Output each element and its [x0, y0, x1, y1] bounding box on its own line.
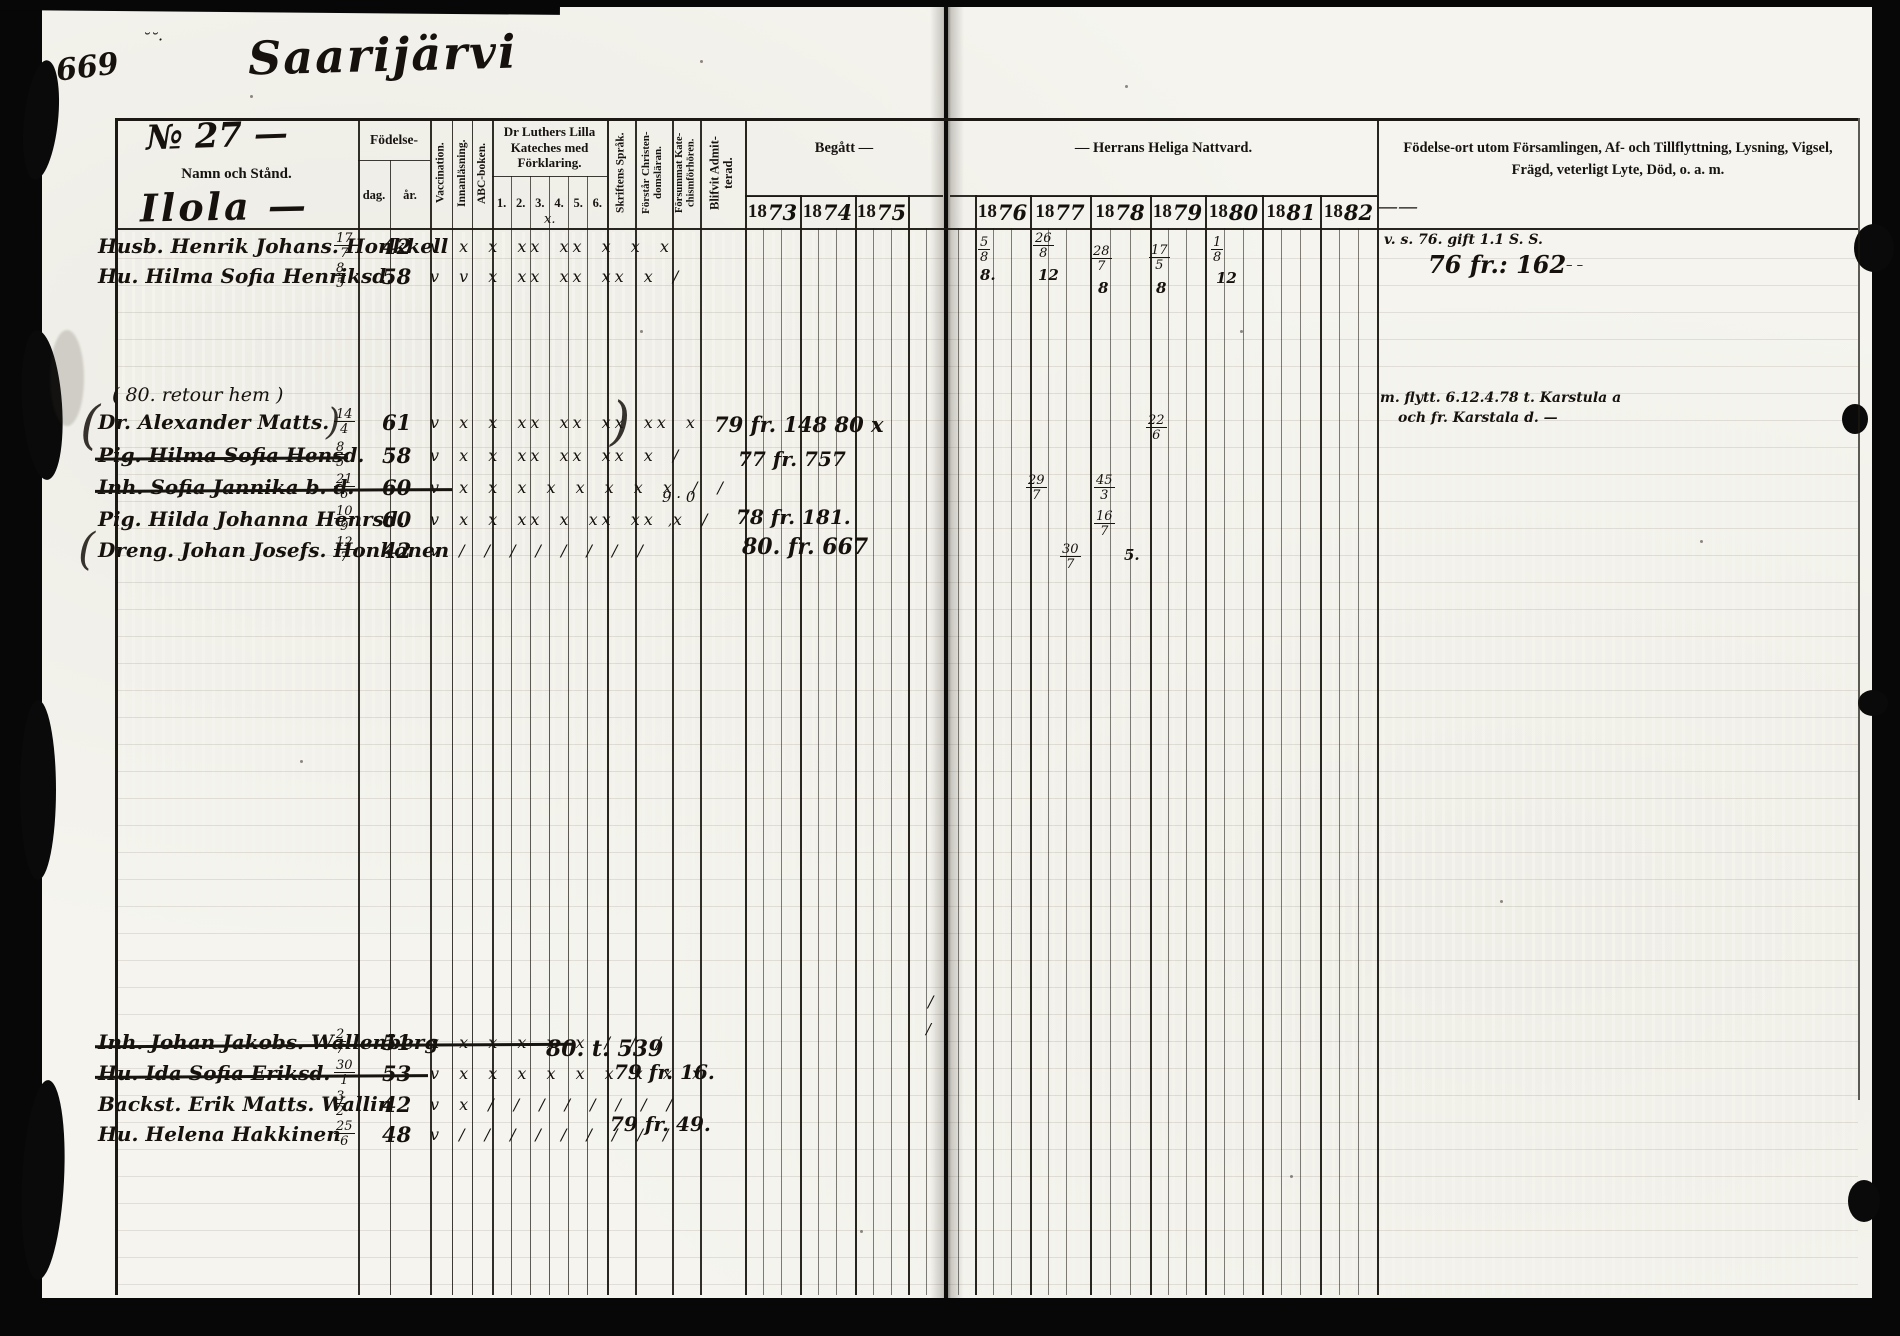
communion-date-mark: 307 — [1060, 543, 1081, 571]
communion-date-mark: 12 — [1216, 269, 1237, 287]
fraction-numerator: 1 — [1211, 236, 1223, 250]
fraction-numerator: 28 — [1091, 245, 1112, 259]
understands-christianity-column-header: Förstår Christen- domsläran. — [634, 120, 672, 226]
paper-speck — [300, 760, 303, 763]
notes-column-header-line1: Födelse-ort utom Församlingen, Af- och T… — [1382, 140, 1854, 157]
grid-vline — [452, 118, 453, 1295]
margin-annotation: 80. t. 539 — [546, 1036, 663, 1062]
year-handwritten-digits: 81 — [1286, 200, 1315, 225]
scan-edge-bottom — [0, 1298, 1900, 1336]
row-birth-day: 85 — [334, 441, 346, 469]
margin-annotation: 77 fr. 757 — [738, 447, 846, 471]
row-name: Dr. Alexander Matts. — [98, 410, 329, 434]
catechism-col-number: 6. — [588, 196, 607, 211]
grid-vline — [1281, 228, 1282, 1295]
catechism-col-number: 3. — [530, 196, 549, 211]
communion-date-mark: 12 — [1038, 266, 1059, 284]
year-handwritten-digits: 75 — [877, 200, 906, 225]
communion-date-mark: 175 — [1149, 244, 1170, 272]
communion-date-mark: 8 — [1156, 279, 1166, 297]
notes-column-header-line2: Frägd, veterligt Lyte, Död, o. a. m. — [1382, 162, 1854, 179]
missed-catechism-column-header: Försummat Kate- chismförhören. — [671, 120, 700, 226]
year-handwritten-digits: 77 — [1055, 200, 1084, 225]
year-header: 1875 — [855, 196, 908, 227]
fraction-denominator: 4 — [340, 422, 348, 436]
grid-vline — [1090, 195, 1092, 1295]
fraction-numerator: 12 — [334, 536, 355, 550]
fraction-denominator: 7 — [1097, 259, 1105, 273]
paper-smudge — [50, 330, 84, 426]
year-header: 1879 — [1150, 196, 1205, 227]
row-birth-year: 58 — [382, 443, 411, 468]
paper-speck — [1290, 1175, 1293, 1178]
grid-vline — [1377, 118, 1379, 1295]
fraction-denominator: 7 — [340, 246, 348, 260]
fraction-numerator: 10 — [334, 505, 355, 519]
grid-vline — [1030, 195, 1032, 1295]
margin-annotation: 79 fr. 49. — [610, 1112, 711, 1136]
fraction-numerator: 8 — [334, 262, 346, 276]
paper-speck — [1500, 900, 1503, 903]
year-handwritten-digits: 76 — [998, 200, 1027, 225]
communion-date-mark: 226 — [1146, 414, 1167, 442]
margin-annotation: 79 fr. 16. — [614, 1060, 715, 1084]
birth-day-header: dag. — [358, 188, 390, 203]
paper-speck — [640, 330, 643, 333]
communion-date-mark: 5. — [1124, 546, 1140, 564]
grid-vline — [908, 195, 910, 1295]
year-printed-prefix: 18 — [1035, 201, 1054, 223]
grid-vline — [855, 195, 857, 1295]
misc-mark: ˘˘· — [142, 30, 163, 49]
communion-date-mark: 167 — [1094, 510, 1115, 538]
grid-vline — [607, 118, 609, 1295]
catechism-col-number: 1. — [492, 196, 511, 211]
misc-mark: – – — [1566, 258, 1583, 273]
communion-date-mark: 297 — [1026, 474, 1047, 502]
year-printed-prefix: 18 — [1266, 201, 1285, 223]
fraction-denominator: 7 — [1066, 557, 1074, 571]
fraction-numerator: 17 — [334, 232, 355, 246]
vaccination-column-header: Vaccination. — [429, 120, 452, 226]
year-handwritten-digits: 82 — [1344, 200, 1373, 225]
row-marks: v x x xx xx xx x / — [430, 446, 682, 465]
year-handwritten-digits: 80 — [1229, 200, 1258, 225]
row-birth-day: 301 — [334, 1059, 355, 1087]
grid-vline — [1130, 228, 1131, 1295]
grid-vline — [1243, 228, 1244, 1295]
catechism-col-number: 5. — [569, 196, 588, 211]
misc-mark: / — [928, 992, 933, 1011]
year-header: 1873 — [745, 196, 800, 227]
row-marks: v x x xx xx x x x — [430, 237, 673, 256]
year-header: 1874 — [800, 196, 855, 227]
village-name: Ilola — — [140, 183, 310, 231]
row-name: Hu. Hilma Sofia Henriksd. — [98, 264, 393, 288]
grid-vline — [975, 195, 977, 1295]
fraction-denominator: 6 — [340, 1134, 348, 1148]
grid-vline — [836, 228, 837, 1295]
year-header: 1878 — [1090, 196, 1150, 227]
abc-book-column-header: ABC-boken. — [472, 120, 492, 226]
grid-vline — [1224, 228, 1225, 1295]
year-printed-prefix: 18 — [1324, 201, 1343, 223]
margin-annotation: m. flytt. 6.12.4.78 t. Karstula a — [1380, 390, 1621, 406]
row-birth-day: 177 — [334, 232, 355, 260]
fraction-denominator: 5 — [1155, 258, 1163, 272]
paper-speck — [1700, 540, 1703, 543]
row-birth-day: 127 — [334, 536, 355, 564]
grid-vline — [358, 118, 360, 1295]
row-name: Pig. Hilma Sofia Hensd. — [98, 443, 364, 467]
year-printed-prefix: 18 — [748, 201, 767, 223]
ink-blot-right — [1842, 404, 1868, 434]
year-handwritten-digits: 79 — [1173, 200, 1202, 225]
paper-speck — [1125, 85, 1128, 88]
grid-vline — [800, 195, 802, 1295]
grid-vline — [430, 118, 432, 1295]
row-birth-day: 109 — [334, 505, 355, 533]
margin-annotation: 76 fr.: 162 — [1428, 250, 1566, 279]
grid-vline — [1858, 118, 1860, 1100]
fraction-denominator: 9 — [340, 519, 348, 533]
fraction-numerator: 5 — [978, 236, 990, 250]
year-header: 1877 — [1030, 196, 1090, 227]
communion-date-mark: 453 — [1094, 474, 1115, 502]
grid-vline — [1186, 228, 1187, 1295]
grid-vline — [1300, 228, 1301, 1295]
paren-mark: ( — [80, 396, 100, 456]
misc-mark: / — [926, 1020, 931, 1038]
row-birth-year: 42 — [382, 234, 411, 259]
fraction-numerator: 17 — [1149, 244, 1170, 258]
year-printed-prefix: 18 — [978, 201, 997, 223]
grid-vline — [1011, 228, 1012, 1295]
scripture-language-column-header: Skriftens Språk. — [606, 120, 635, 226]
margin-annotation: 80. fr. 667 — [742, 534, 868, 560]
fraction-numerator: 21 — [334, 473, 355, 487]
grid-vline — [926, 228, 927, 1295]
birth-year-header: år. — [390, 188, 430, 203]
year-header: 1880 — [1205, 196, 1262, 227]
row-marks: v / / / / / / / / — [430, 541, 647, 560]
fraction-numerator: 26 — [1033, 232, 1054, 246]
row-birth-year: 48 — [382, 1122, 411, 1147]
grid-hline — [115, 228, 1858, 230]
communion-date-mark: 58 — [978, 236, 990, 264]
grid-vline — [1066, 228, 1067, 1295]
fraction-numerator: 3 — [334, 1090, 346, 1104]
row-birth-day: 216 — [334, 473, 355, 501]
grid-vline — [1168, 228, 1169, 1295]
grid-vline — [1339, 228, 1340, 1295]
fraction-numerator: 2 — [334, 1028, 346, 1042]
fraction-denominator: 3 — [1100, 488, 1108, 502]
grid-vline — [958, 228, 959, 1295]
grid-vline — [763, 228, 764, 1295]
fraction-numerator: 30 — [1060, 543, 1081, 557]
catechism-col-number: 2. — [511, 196, 530, 211]
year-printed-prefix: 18 — [1153, 201, 1172, 223]
row-birth-year: 60 — [382, 507, 411, 532]
year-handwritten-digits: 73 — [768, 200, 797, 225]
ink-smudge — [20, 700, 56, 880]
fraction-numerator: 30 — [334, 1059, 355, 1073]
group-note: ( 80. retour hem ) — [112, 384, 283, 406]
margin-annotation: och fr. Karstala d. — — [1398, 410, 1558, 426]
name-column-header: Namn och Stånd. — [115, 166, 358, 183]
misc-mark: 9 · 0 — [662, 488, 695, 506]
grid-vline — [781, 228, 782, 1295]
year-printed-prefix: 18 — [803, 201, 822, 223]
fraction-numerator: 22 — [1146, 414, 1167, 428]
row-birth-year: 42 — [382, 538, 411, 563]
grid-hline — [115, 118, 1858, 121]
grid-vline — [1048, 228, 1049, 1295]
paper-speck — [250, 95, 253, 98]
margin-annotation: 78 fr. 181. — [736, 505, 851, 529]
misc-mark: —— — [1378, 194, 1418, 218]
row-name: Inh. Sofia Jannika b. d. — [98, 475, 354, 499]
fraction-denominator: 8 — [1213, 250, 1221, 264]
grid-hline — [492, 176, 607, 177]
paper-speck — [700, 60, 703, 63]
birth-column-header: Födelse- — [358, 132, 430, 148]
fraction-numerator: 45 — [1094, 474, 1115, 488]
ink-blot-right — [1854, 224, 1894, 272]
year-printed-prefix: 18 — [1095, 201, 1114, 223]
fraction-numerator: 16 — [1094, 510, 1115, 524]
communion-date-mark: 287 — [1091, 245, 1112, 273]
fraction-denominator: 5 — [336, 276, 344, 290]
communion-left-header: Begått — — [745, 140, 943, 157]
grid-vline — [873, 228, 874, 1295]
row-name: Pig. Hilda Johanna Henrsd. — [98, 507, 405, 531]
book-fold-line — [944, 6, 948, 1300]
year-header: 1882 — [1320, 196, 1377, 227]
year-header: 1881 — [1262, 196, 1320, 227]
row-marks: v x x xx xx xx xx x — [430, 413, 699, 432]
ink-blot-right — [1858, 690, 1888, 716]
communion-date-mark: 8. — [980, 266, 996, 284]
page-title: Saarijärvi — [247, 24, 518, 85]
year-handwritten-digits: 74 — [823, 200, 852, 225]
communion-right-header: — Herrans Heliga Nattvard. — [950, 140, 1377, 157]
catechism-column-header: Dr Luthers Lilla Kateches med Förklaring… — [494, 124, 605, 171]
communion-date-mark: 18 — [1211, 236, 1223, 264]
catechism-col-number: 4. — [550, 196, 569, 211]
row-birth-year: 61 — [382, 410, 411, 435]
fraction-denominator: 2 — [336, 1104, 344, 1118]
margin-annotation: 79 fr. 148 80 x — [714, 412, 884, 437]
admitted-column-header: Blifvit Admit- terad. — [699, 120, 745, 226]
fraction-denominator: 6 — [1152, 428, 1160, 442]
row-birth-day: 85 — [334, 262, 346, 290]
paper-speck — [1240, 330, 1243, 333]
fraction-numerator: 25 — [334, 1120, 355, 1134]
year-printed-prefix: 18 — [857, 201, 876, 223]
grid-vline — [1358, 228, 1359, 1295]
scan-edge-right — [1872, 0, 1900, 1336]
grid-vline — [745, 118, 747, 1295]
ink-blot-right — [1848, 1180, 1880, 1222]
fraction-numerator: 8 — [334, 441, 346, 455]
fraction-numerator: 29 — [1026, 474, 1047, 488]
paper-speck — [860, 1230, 863, 1233]
scan-edge-top — [540, 0, 1900, 7]
row-birth-day: 256 — [334, 1120, 355, 1148]
margin-annotation: v. s. 76. gift 1.1 S. S. — [1384, 232, 1543, 248]
year-handwritten-digits: 78 — [1115, 200, 1144, 225]
row-birth-year: 58 — [382, 264, 411, 289]
grid-vline — [1320, 195, 1322, 1295]
misc-mark: , — [668, 514, 672, 529]
misc-mark: x. — [544, 212, 555, 227]
communion-date-mark: 8 — [1098, 279, 1108, 297]
row-birth-year: 42 — [382, 1092, 411, 1117]
fraction-denominator: 7 — [1032, 488, 1040, 502]
fraction-denominator: 7 — [340, 550, 348, 564]
grid-vline — [891, 228, 892, 1295]
row-birth-year: 51 — [382, 1030, 411, 1055]
row-name: Hu. Helena Hakkinen — [98, 1122, 341, 1146]
fraction-denominator: 8 — [980, 250, 988, 264]
row-name: Hu. Ida Sofia Eriksd. — [98, 1061, 330, 1085]
grid-vline — [115, 118, 118, 1295]
grid-vline — [492, 118, 494, 1295]
paren-mark: ) — [326, 402, 340, 443]
reading-column-header: Innanläsning. — [452, 120, 472, 226]
scanned-register-page: 669 Saarijärvi № 27 — Namn och Stånd. Il… — [0, 0, 1900, 1336]
grid-vline — [1262, 195, 1264, 1295]
fraction-denominator: 8 — [1039, 246, 1047, 260]
grid-vline — [472, 118, 473, 1295]
communion-date-mark: 268 — [1033, 232, 1054, 260]
grid-vline — [1205, 195, 1207, 1295]
row-name: Backst. Erik Matts. Wallin — [98, 1092, 392, 1116]
row-birth-day: 32 — [334, 1090, 346, 1118]
grid-vline — [993, 228, 994, 1295]
grid-vline — [1110, 228, 1111, 1295]
row-birth-day: 27 — [334, 1028, 346, 1056]
row-marks: v v x xx xx xx x / — [430, 267, 682, 286]
paren-mark: ) — [610, 392, 630, 452]
paren-mark: ( — [78, 524, 95, 575]
grid-hline — [358, 160, 430, 161]
fraction-denominator: 7 — [1100, 524, 1108, 538]
year-header: 1876 — [975, 196, 1030, 227]
grid-vline — [818, 228, 819, 1295]
year-printed-prefix: 18 — [1209, 201, 1228, 223]
grid-vline — [1150, 195, 1152, 1295]
